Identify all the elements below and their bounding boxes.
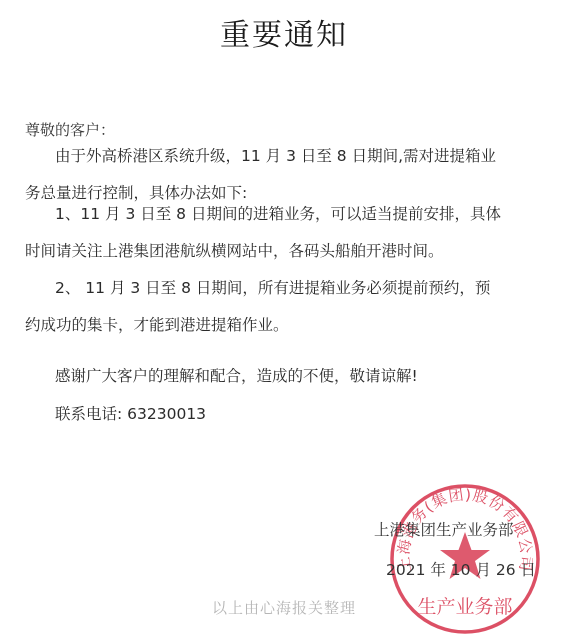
thanks-text: 感谢广大客户的理解和配合，造成的不便，敬请谅解! [55, 364, 418, 386]
paragraph-item-2-line1: 2、 11 月 3 日至 8 日期间，所有进提箱业务必须提前预约，预 [25, 270, 525, 307]
signature-date: 2021 年 10 月 26 日 [386, 558, 536, 580]
paragraph-intro-line1: 由于外高桥港区系统升级，11 月 3 日至 8 日期间,需对进提箱业 [25, 138, 525, 175]
paragraph-item-1: 1、11 月 3 日至 8 日期间的进箱业务，可以适当提前安排，具体 时间请关注… [25, 196, 525, 270]
paragraph-item-2: 2、 11 月 3 日至 8 日期间，所有进提箱业务必须提前预约，预 约成功的集… [25, 270, 525, 344]
seal-inner-text: 生产业务部 [417, 596, 512, 618]
paragraph-item-1-line2: 时间请关注上港集团港航纵横网站中，各码头船舶开港时间。 [25, 233, 525, 270]
greeting: 尊敬的客户： [25, 119, 115, 140]
paragraph-item-2-line2: 约成功的集卡，才能到港进提箱作业。 [25, 307, 525, 344]
paragraph-item-1-line1: 1、11 月 3 日至 8 日期间的进箱业务，可以适当提前安排，具体 [25, 196, 525, 233]
contact-phone: 联系电话: 63230013 [55, 402, 206, 424]
notice-title: 重要通知 [0, 10, 568, 54]
signature-department: 上港集团生产业务部 [374, 518, 514, 540]
